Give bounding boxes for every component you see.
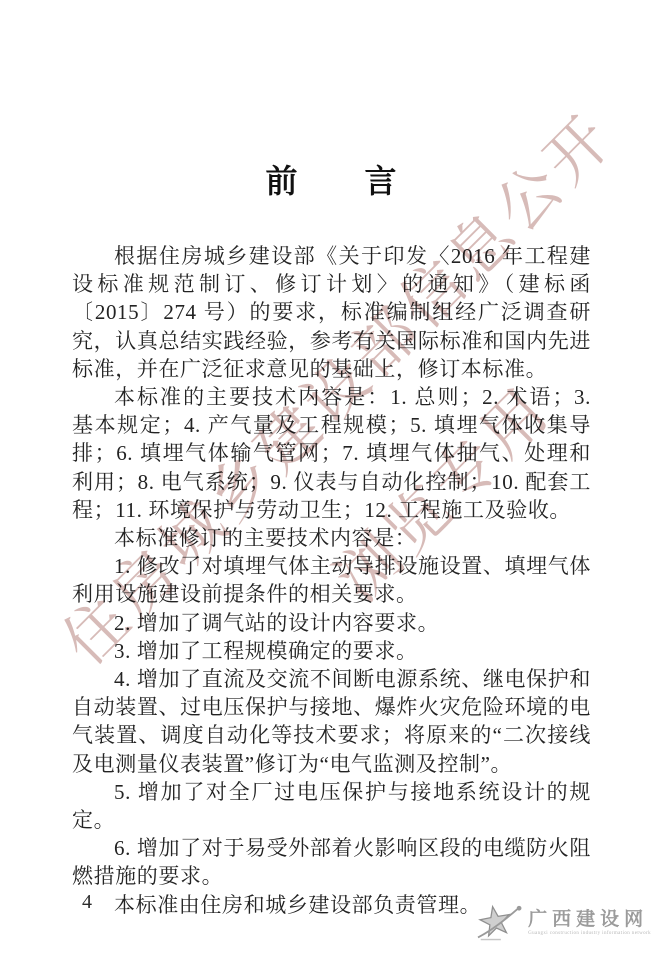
paragraph: 4. 增加了直流及交流不间断电源系统、继电保护和自动装置、过电压保护与接地、爆炸… — [72, 665, 591, 778]
paragraph: 2. 增加了调气站的设计内容要求。 — [72, 609, 591, 637]
logo-tagline: Guangxi construction industry informatio… — [528, 931, 651, 937]
paragraph: 本标准修订的主要技术内容是： — [72, 524, 591, 552]
document-page: 住房城乡建设部信息公开 浏览专用 前 言 根据住房城乡建设部《关于印发〈2016… — [0, 0, 661, 958]
logo-name: 广西建设网 — [528, 910, 651, 931]
paragraph: 1. 修改了对填埋气体主动导排设施设置、填埋气体利用设施建设前提条件的相关要求。 — [72, 552, 591, 608]
paragraph: 5. 增加了对全厂过电压保护与接地系统设计的规定。 — [72, 778, 591, 834]
paragraph: 3. 增加了工程规模确定的要求。 — [72, 637, 591, 665]
page-title: 前 言 — [72, 156, 591, 202]
paragraph: 本标准的主要技术内容是：1. 总则；2. 术语；3. 基本规定；4. 产气量及工… — [72, 383, 591, 524]
site-logo: 广西建设网 Guangxi construction industry info… — [475, 900, 651, 947]
logo-text: 广西建设网 Guangxi construction industry info… — [528, 910, 651, 937]
body-text: 根据住房城乡建设部《关于印发〈2016 年工程建设标准规范制订、修订计划〉的通知… — [72, 242, 591, 919]
page-number: 4 — [82, 891, 92, 914]
star-swoosh-icon — [475, 900, 523, 947]
document-content: 前 言 根据住房城乡建设部《关于印发〈2016 年工程建设标准规范制订、修订计划… — [72, 156, 591, 919]
paragraph: 6. 增加了对于易受外部着火影响区段的电缆防火阻燃措施的要求。 — [72, 834, 591, 890]
paragraph: 根据住房城乡建设部《关于印发〈2016 年工程建设标准规范制订、修订计划〉的通知… — [72, 242, 591, 383]
